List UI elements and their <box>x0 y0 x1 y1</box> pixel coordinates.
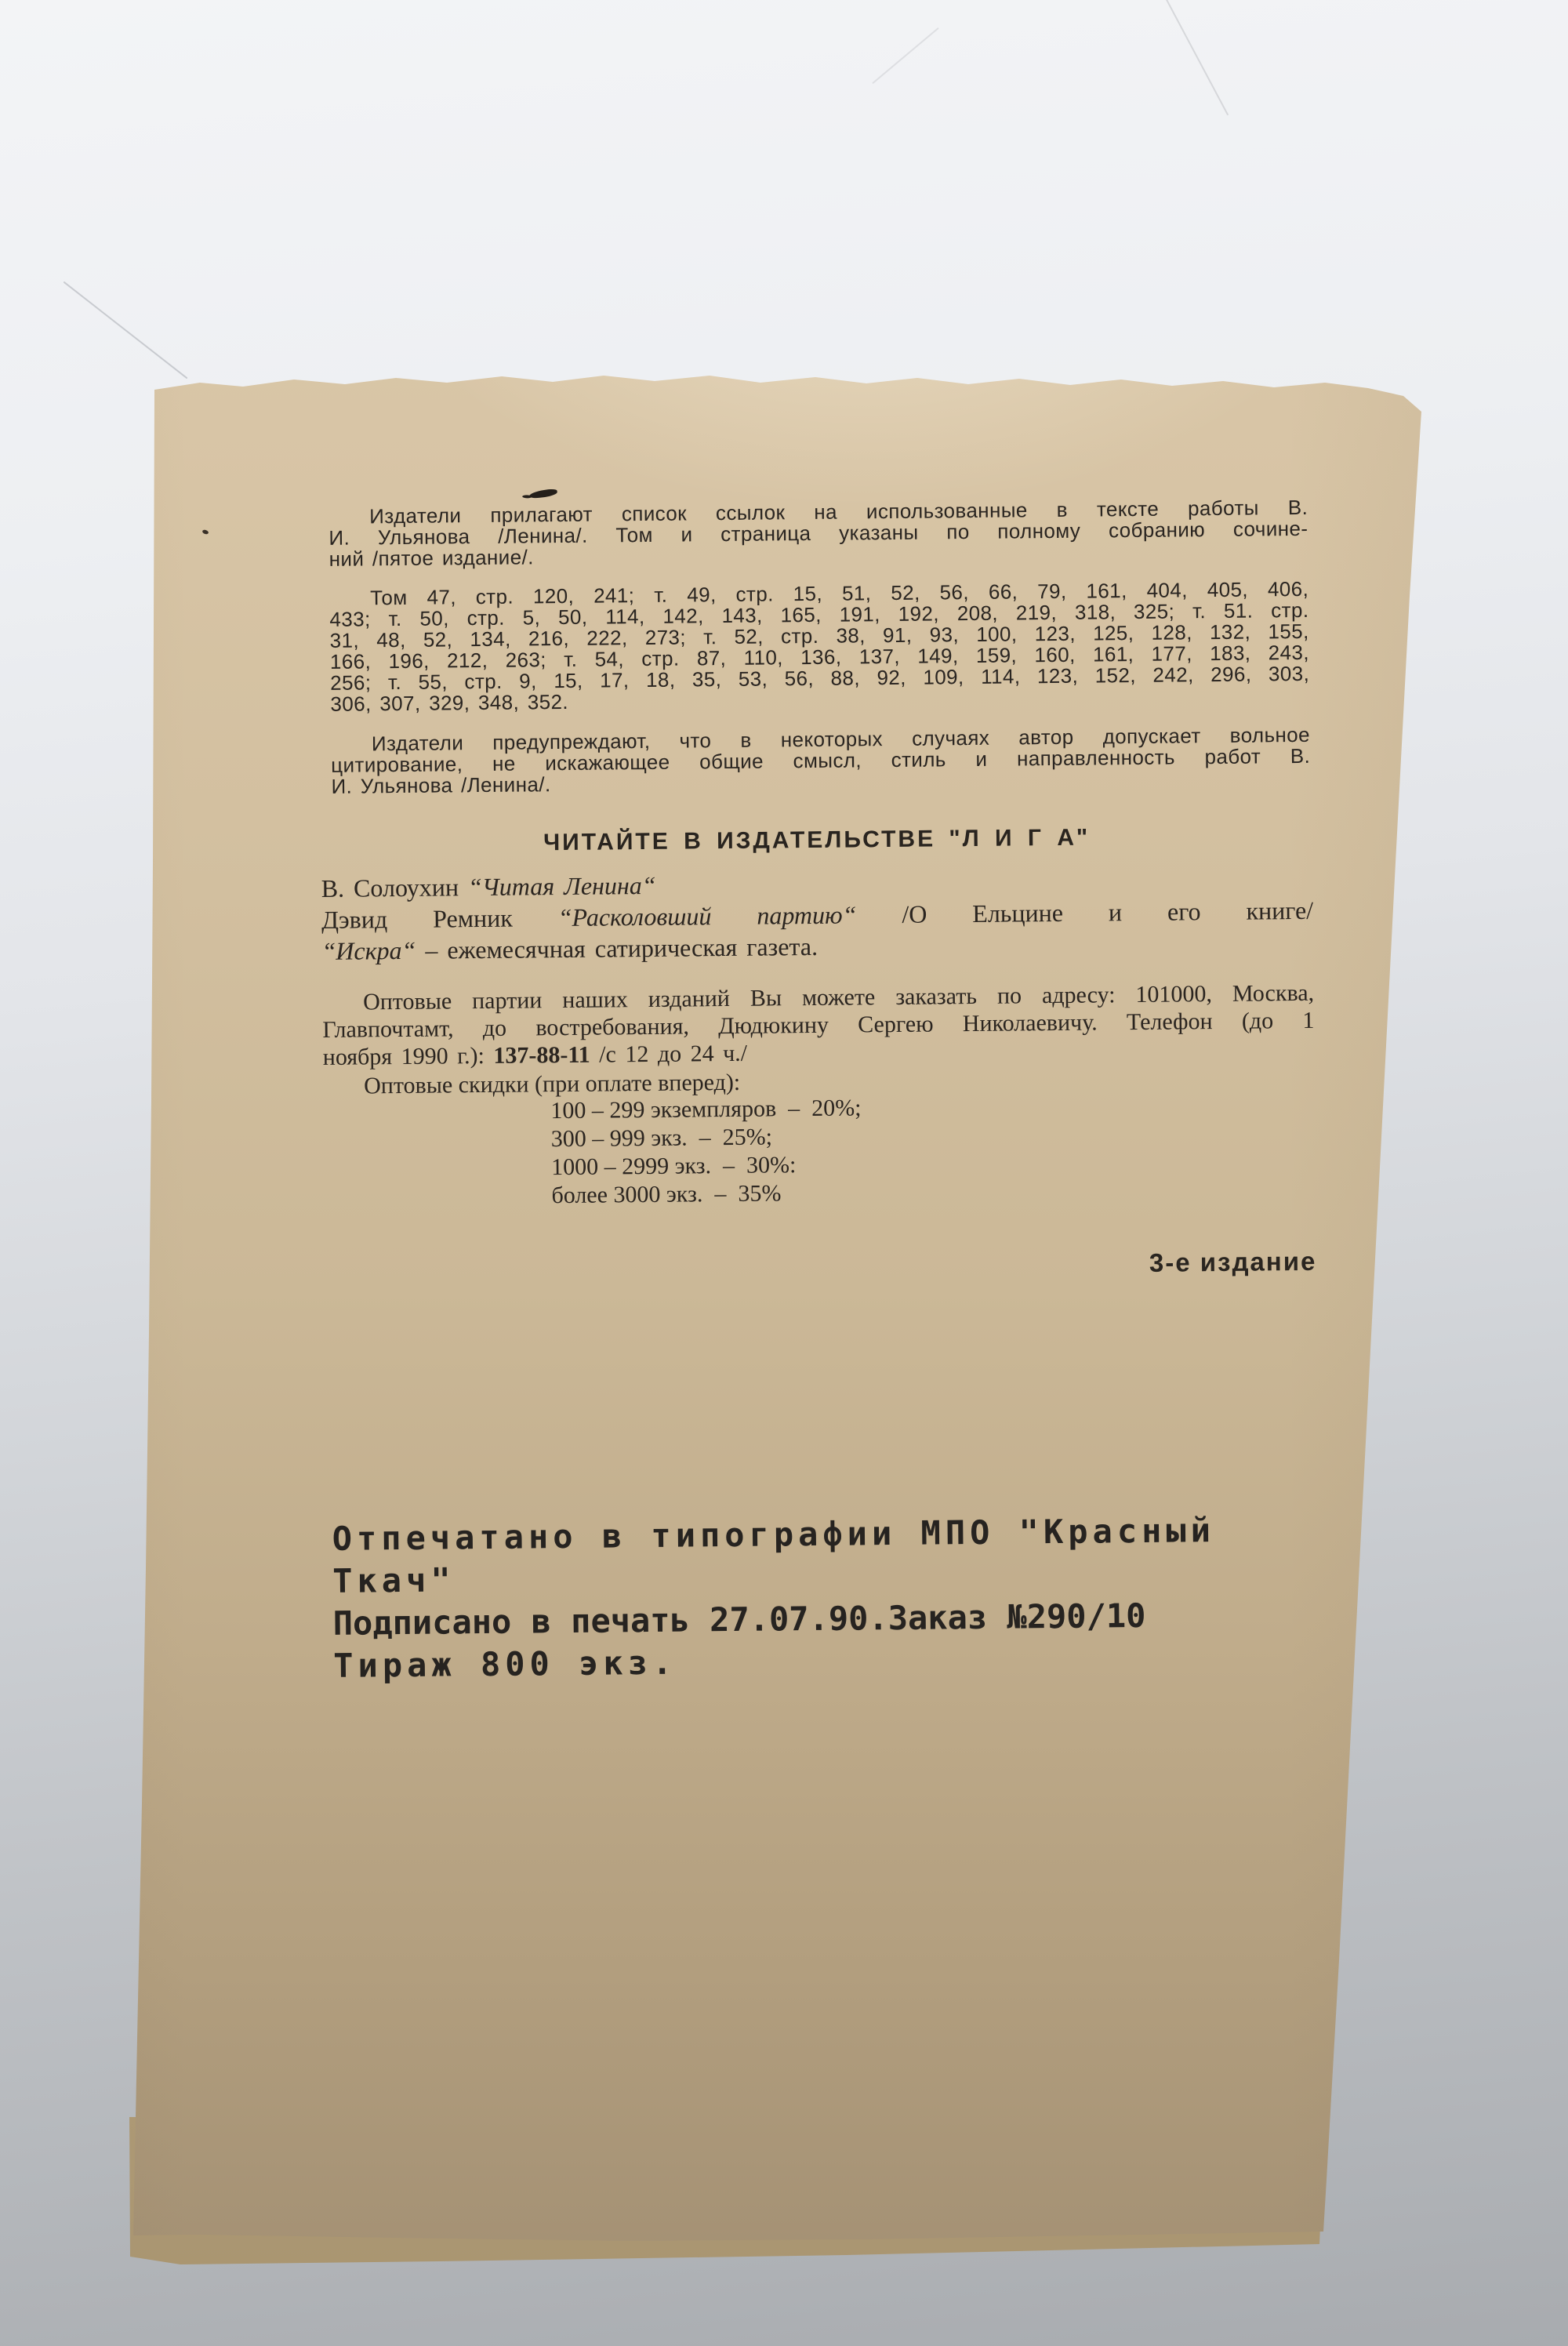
phone-line-post: /с 12 до 24 ч./ <box>590 1040 748 1068</box>
phone-number: 137-88-11 <box>493 1042 590 1069</box>
reference-list-paragraph: Том 47, стр. 120, 241; т. 49, стр. 15, 5… <box>318 579 1311 715</box>
book-author: В. Солоухин <box>321 873 469 902</box>
background-scratch <box>872 27 939 84</box>
intro-paragraph: Издатели прилагают список ссылок на испо… <box>318 497 1310 570</box>
phone-line-pre: ноября 1990 г.): <box>323 1043 494 1070</box>
discounts-block: Оптовые скидки (при оплате вперед): 100 … <box>323 1065 1316 1212</box>
imprint-line-printer: Отпечатано в типографии МПО "Красный Тка… <box>332 1509 1319 1603</box>
imprint-block: Отпечатано в типографии МПО "Красный Тка… <box>327 1509 1320 1687</box>
book-title: “Расколовший партию“ <box>558 900 857 931</box>
background-scratch <box>64 281 188 379</box>
printed-content: Издатели прилагают список ссылок на испо… <box>318 492 1320 1687</box>
book-author: Дэвид Ремник <box>321 903 558 934</box>
disclaimer-paragraph: Издатели предупреждают, что в некоторых … <box>320 724 1312 797</box>
book-title: “Искра“ <box>321 936 416 965</box>
book-list: В. Солоухин “Читая Ленина“ Дэвид Ремник … <box>321 863 1314 967</box>
publisher-heading: ЧИТАЙТЕ В ИЗДАТЕЛЬСТВЕ "Л И Г А" <box>321 823 1312 860</box>
edition-note: 3-е издание <box>325 1247 1316 1287</box>
photo-background: Издатели прилагают список ссылок на испо… <box>0 0 1568 2346</box>
book-note: /О Ельцине и его книге/ <box>856 896 1313 929</box>
book-note: – ежемесячная сатирическая газета. <box>416 932 818 964</box>
ordering-paragraph: Оптовые партии наших изданий Вы можете з… <box>322 979 1315 1071</box>
discounts-list: 100 – 299 экземпляров – 20%;300 – 999 эк… <box>323 1090 1316 1212</box>
book-title: “Читая Ленина“ <box>468 871 656 901</box>
background-scratch <box>1139 0 1229 115</box>
